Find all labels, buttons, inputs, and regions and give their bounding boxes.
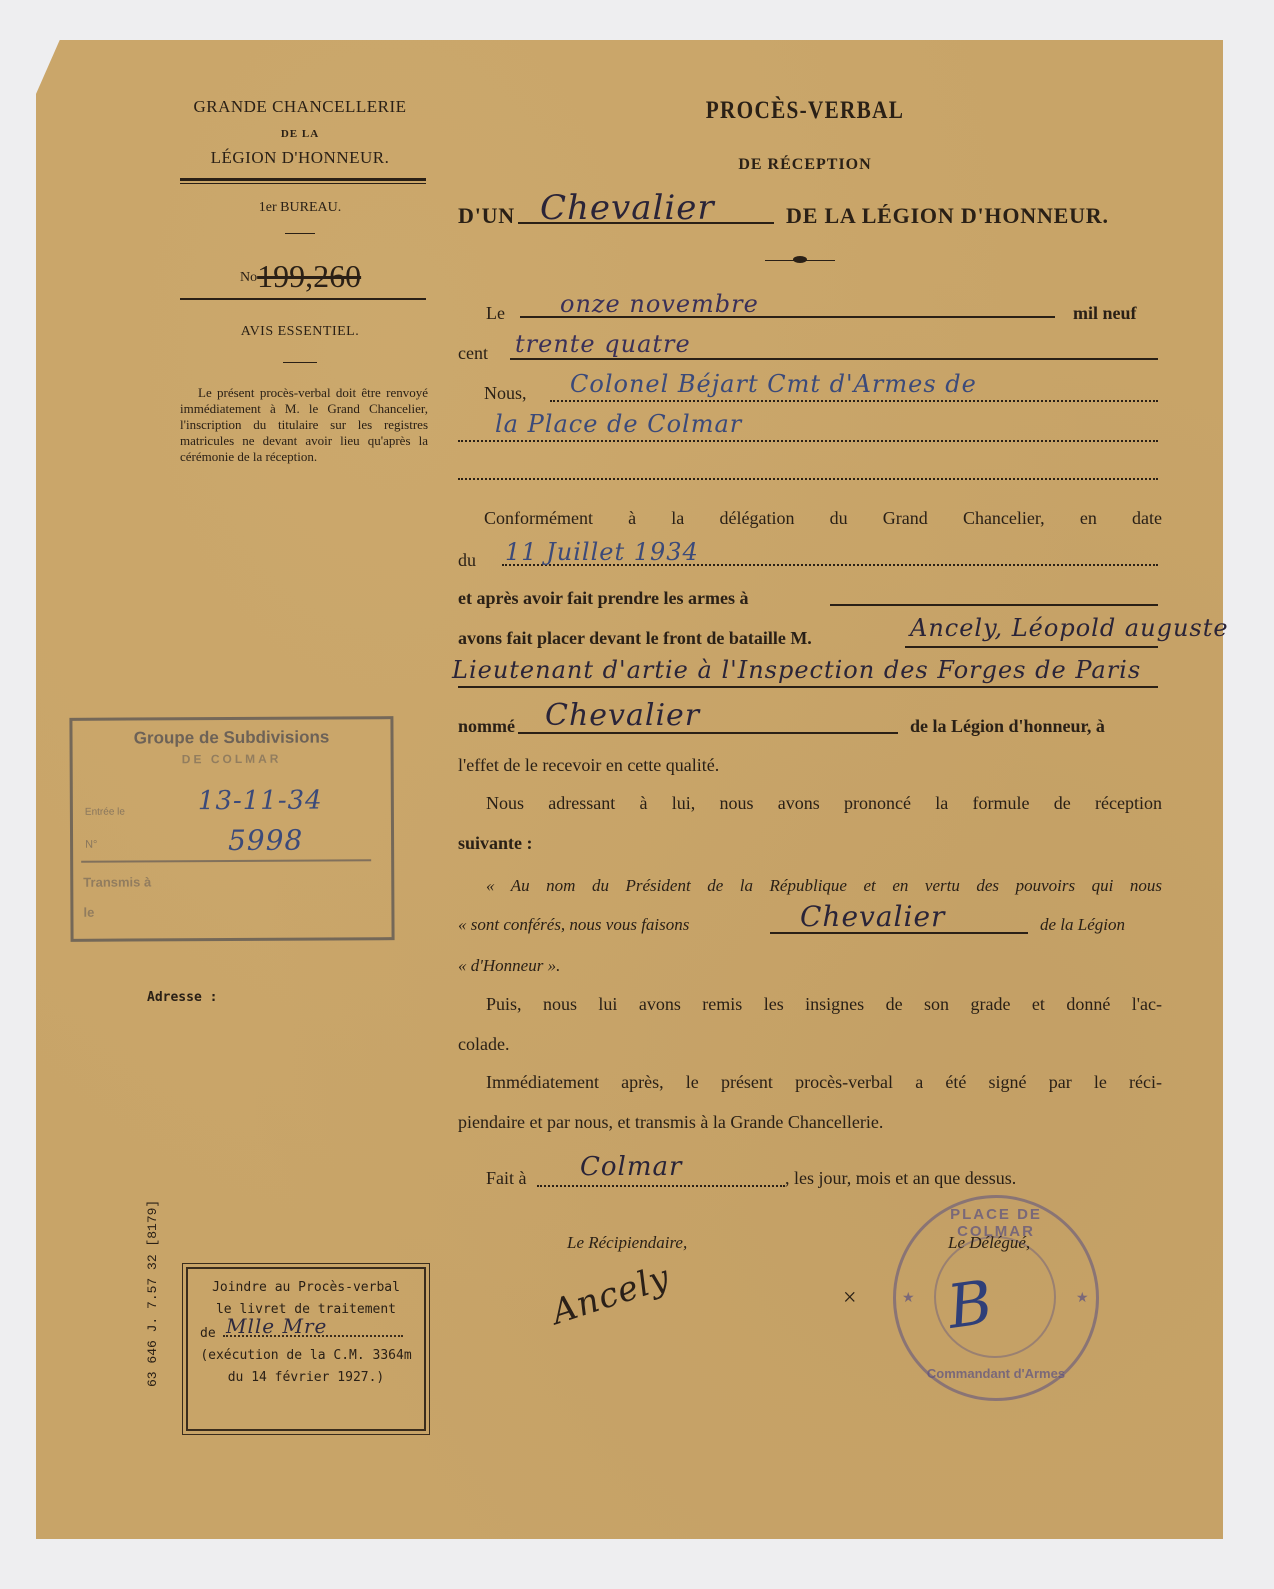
notice-title: AVIS ESSENTIEL. (170, 324, 430, 340)
notice-divider (283, 362, 317, 363)
place-field (537, 1185, 785, 1187)
bureau-label: 1er BUREAU. (170, 200, 430, 216)
nous-label: Nous, (484, 383, 527, 404)
attach-line-5: du 14 février 1927.) (188, 1367, 424, 1389)
stamp-number-label: N° (85, 839, 97, 851)
document-title: PROCÈS-VERBAL (614, 97, 997, 125)
arms-text: et après avoir fait prendre les armes à (458, 588, 748, 609)
notice-text: Le présent procès-verbal doit être renvo… (180, 385, 428, 465)
number-value: 199,260 (257, 258, 361, 294)
year-value: trente quatre (515, 330, 691, 358)
nomme-value: Chevalier (545, 698, 700, 733)
number-prefix: No (240, 270, 257, 285)
header-line-2: DE LA (170, 128, 430, 140)
number-underline (180, 298, 426, 300)
signed-line-1: Immédiatement après, le présent procès-v… (486, 1072, 1162, 1093)
header-line-1: GRANDE CHANCELLERIE (170, 97, 430, 117)
stamp-number-value: 5998 (228, 824, 303, 857)
ornament-dot (793, 256, 807, 263)
stamp-transmitted-label: Transmis à (83, 874, 151, 889)
delegate-signature: B (943, 1267, 997, 1343)
stamp-received-label: Entrée le (85, 807, 125, 818)
date-value: onze novembre (560, 290, 759, 318)
stamp-received-date: 13-11-34 (198, 786, 323, 817)
insignia-line-2: colade. (458, 1034, 509, 1055)
attach-line-3-label: de (200, 1326, 216, 1341)
attach-line-1: Joindre au Procès-verbal (188, 1277, 424, 1299)
recipient-title: Lieutenant d'artie à l'Inspection des Fo… (452, 656, 1141, 684)
insignia-line-1: Puis, nous lui avons remis les insignes … (486, 994, 1162, 1015)
stamp-divider (81, 859, 371, 863)
stamp-bottom-text: Commandant d'Armes (916, 1366, 1076, 1381)
address-label: Adresse : (147, 990, 217, 1005)
formula-rank-value: Chevalier (800, 900, 945, 933)
nous-value-1: Colonel Béjart Cmt d'Armes de (570, 370, 977, 398)
formula-line-1: « Au nom du Président de la République e… (486, 876, 1162, 896)
stamp-star-right-icon: ★ (1076, 1290, 1089, 1307)
stamp-line-2: DE COLMAR (73, 751, 391, 767)
short-divider (285, 233, 315, 234)
nous-value-2: la Place de Colmar (495, 410, 742, 438)
place-value: Colmar (580, 1152, 682, 1182)
formula-line-2-suffix: de la Légion (1040, 915, 1125, 935)
formula-line-2-prefix: « sont conférés, nous vous faisons (458, 915, 689, 935)
place-colmar-stamp: PLACE DE COLMAR Commandant d'Armes ★ ★ (893, 1195, 1099, 1401)
delegation-text: Conformément à la délégation du Grand Ch… (484, 508, 1162, 529)
place-label: Fait à (486, 1168, 527, 1189)
nomme-label: nommé (458, 716, 515, 737)
nomme-suffix: de la Légion d'honneur, à (910, 716, 1105, 737)
registration-number: No199,260 (240, 258, 440, 295)
place-suffix: , les jour, mois et an que dessus. (785, 1168, 1016, 1189)
nous-field-3 (458, 478, 1158, 480)
recipient-name: Ancely, Léopold auguste (910, 614, 1229, 642)
date-suffix: mil neuf (1073, 303, 1137, 324)
rank-value: Chevalier (540, 188, 715, 228)
stamp-star-left-icon: ★ (902, 1290, 915, 1307)
date-label: Le (486, 303, 505, 324)
recipient-name-field (905, 646, 1158, 648)
signed-line-2: piendaire et par nous, et transmis à la … (458, 1112, 883, 1133)
formula-line-3: « d'Honneur ». (458, 956, 560, 976)
recipient-title-field (458, 686, 1158, 688)
stamp-date-label: le (83, 905, 94, 920)
attach-booklet-box: Joindre au Procès-verbal le livret de tr… (186, 1267, 426, 1431)
year-label: cent (458, 343, 488, 364)
header-double-rule (180, 178, 426, 184)
formula-intro-1: Nous adressant à lui, nous avons prononc… (486, 793, 1162, 814)
cross-mark: × (843, 1285, 857, 1312)
stamp-line-1: Groupe de Subdivisions (72, 727, 390, 749)
formula-intro-2: suivante : (458, 833, 533, 854)
recipient-signature-label: Le Récipiendaire, (567, 1233, 687, 1253)
rank-prefix: D'UN (458, 203, 515, 229)
front-text: avons fait placer devant le front de bat… (458, 628, 812, 649)
delegation-date-value: 11 Juillet 1934 (505, 538, 699, 566)
delegation-date-label: du (458, 550, 476, 571)
attach-line-3-value: Mlle Mre (226, 1315, 327, 1337)
attach-line-3: de Mlle Mre (188, 1321, 424, 1345)
year-field (510, 358, 1158, 360)
attach-line-4: (exécution de la C.M. 3364m (188, 1345, 424, 1367)
delegate-signature-label: Le Délégué, (948, 1233, 1030, 1253)
document-subtitle: DE RÉCEPTION (680, 156, 930, 174)
effet-text: l'effet de le recevoir en cette qualité. (458, 755, 719, 776)
nous-field-1 (550, 400, 1158, 402)
print-reference: 63 646 J. 7.57 32 [8179] (145, 1200, 160, 1387)
header-line-3: LÉGION D'HONNEUR. (170, 148, 430, 168)
rank-suffix: DE LA LÉGION D'HONNEUR. (786, 203, 1109, 229)
subdivision-stamp: Groupe de Subdivisions DE COLMAR Entrée … (69, 716, 394, 942)
arms-field (830, 604, 1158, 606)
nous-field-2 (458, 440, 1158, 442)
